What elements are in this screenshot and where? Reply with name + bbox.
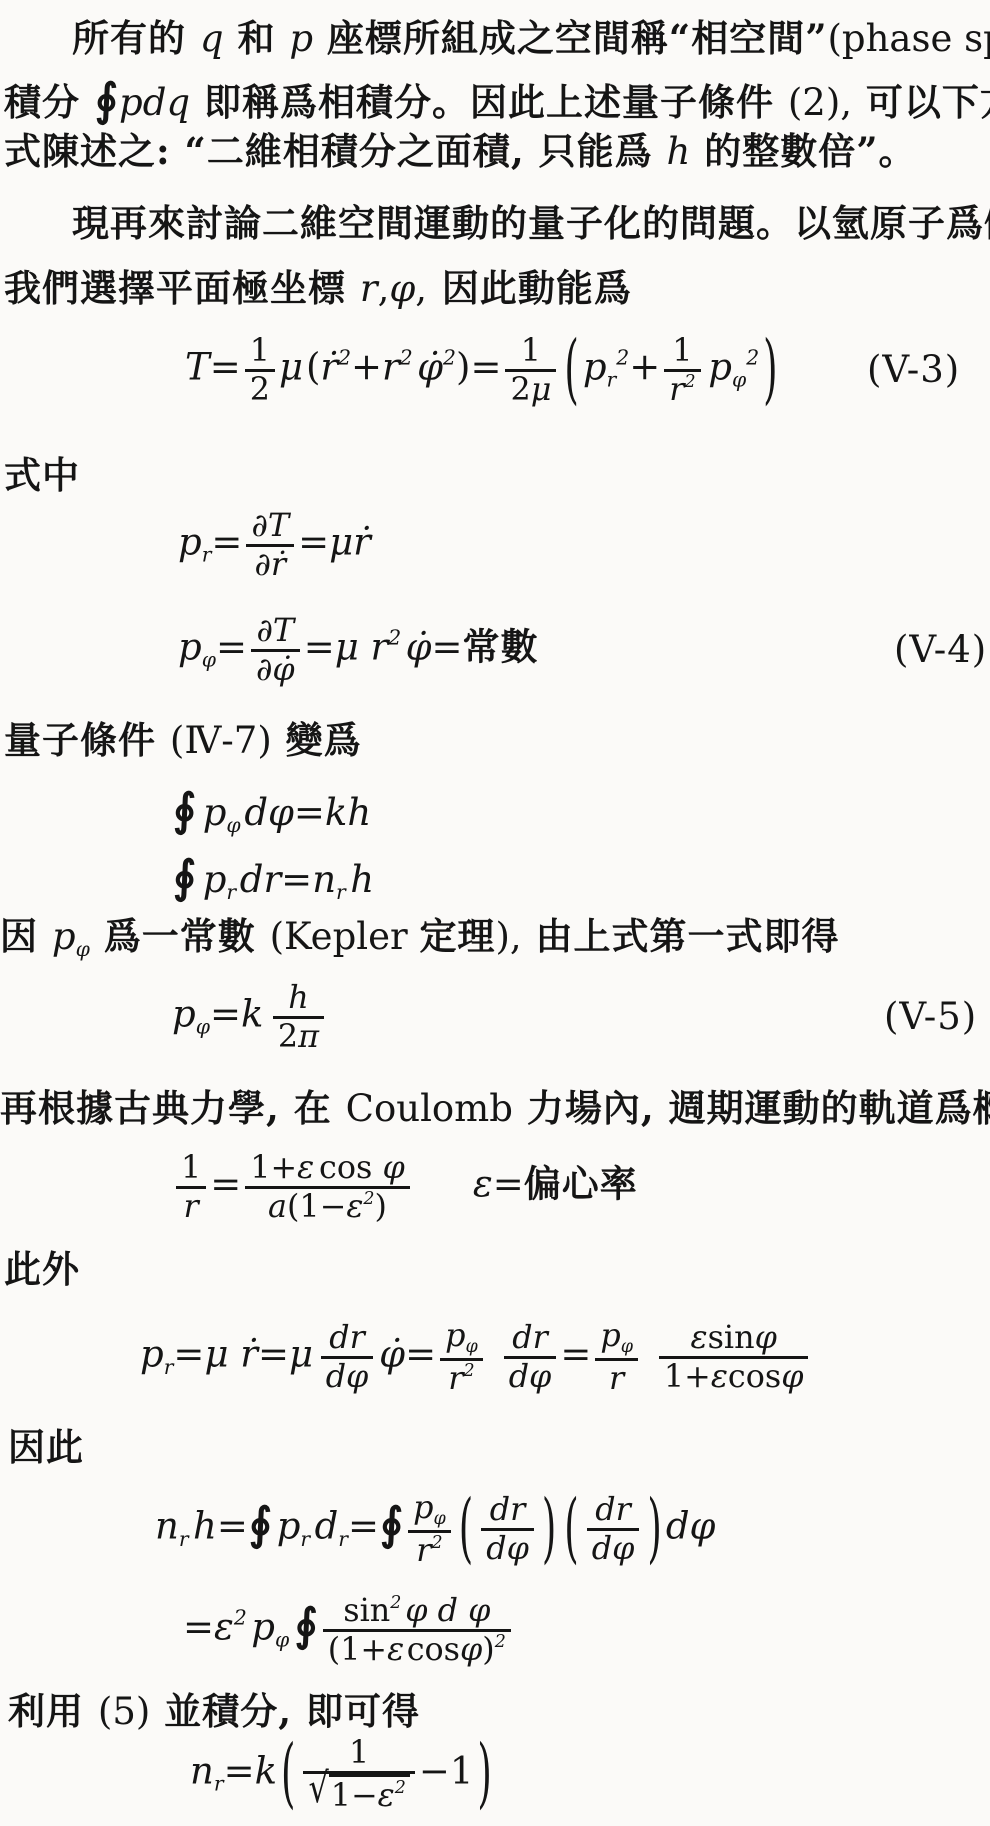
- math-italic-run: ε: [711, 1357, 728, 1395]
- subscript: r: [336, 880, 346, 904]
- cjk-text-run: 偏心率: [524, 1162, 638, 1206]
- math-roman-run: =: [432, 626, 463, 669]
- math-italic-run: n: [312, 858, 336, 901]
- math-roman-run: ): [375, 1187, 387, 1225]
- math-italic-run: ∂ṙ: [254, 545, 286, 583]
- math-roman-run: =: [493, 1163, 524, 1206]
- num: 1: [664, 333, 700, 369]
- frac: drdφ: [321, 1320, 374, 1394]
- big-paren: (: [564, 323, 578, 418]
- cjk-text-run: 座標所組成之空間稱“相空間”: [313, 16, 827, 60]
- cjk-text-run: 所有的: [72, 16, 200, 60]
- math-italic-run: dφ: [244, 791, 294, 834]
- cjk-text-run: 積分: [4, 80, 94, 124]
- para1-line3: 式陳述之: “二維相積分之面積, 只能爲 h 的整數倍”。: [0, 128, 990, 175]
- math-italic-run: ṙ: [320, 346, 338, 389]
- math-roman-run: =: [183, 1606, 214, 1649]
- math-roman-run: (: [306, 346, 320, 389]
- math-italic-run: dr: [329, 1318, 365, 1356]
- frac: pφr2: [408, 1490, 451, 1568]
- math-italic-run: k: [255, 1750, 277, 1793]
- math-italic-run: ∂T: [256, 611, 294, 649]
- text-yinci-content: 因此: [8, 1424, 84, 1471]
- num: 1: [505, 333, 556, 369]
- text-kepler-content: 因 pφ 爲一常數 (Kepler 定理), 由上式第一式即得: [0, 913, 840, 963]
- frac: pφr: [595, 1318, 638, 1396]
- frac: 1√1−ε2: [303, 1735, 414, 1813]
- superscript: 2: [463, 1361, 474, 1381]
- num: ∂T: [251, 613, 300, 649]
- num: sin2φ d φ: [323, 1593, 511, 1629]
- math-roman-run: (1−: [287, 1187, 346, 1225]
- num: dr: [321, 1320, 374, 1356]
- math-italic-run: φ: [382, 1148, 404, 1186]
- cjk-text-run: 利用: [8, 1689, 98, 1733]
- math-italic-run: dφ: [486, 1529, 529, 1567]
- den: 2: [245, 369, 275, 408]
- math-roman-run: 1: [181, 1148, 201, 1186]
- math-roman-run: 1: [521, 331, 541, 369]
- math-roman-run: ): [482, 1630, 494, 1668]
- den: dφ: [321, 1356, 374, 1395]
- num: dr: [587, 1492, 640, 1528]
- subscript: r: [226, 880, 236, 904]
- num: 1: [245, 333, 275, 369]
- cjk-text-run: 再根據古典力學, 在: [0, 1086, 346, 1130]
- math-italic-run: φ̇: [406, 626, 432, 669]
- math-italic-run: φ: [460, 1630, 482, 1668]
- equation-phi-integral: ∮pφdφ=kh: [0, 783, 990, 839]
- cjk-text-run: 即稱爲相積分。因此上述量子條件: [190, 80, 788, 124]
- den: r2: [664, 369, 700, 408]
- math-italic-run: p: [583, 346, 607, 389]
- math-roman-run: =: [224, 1750, 255, 1793]
- math-roman-run: =: [560, 1333, 591, 1376]
- math-roman-run: =: [217, 1505, 248, 1548]
- subscript: r: [300, 1527, 310, 1551]
- contour-integral-symbol: ∮: [248, 1498, 273, 1550]
- frac: 12: [245, 333, 275, 407]
- big-paren: ): [477, 1727, 491, 1822]
- frac: sin2φ d φ(1+εcosφ)2: [323, 1593, 511, 1667]
- math-italic-run: dφ: [592, 1529, 635, 1567]
- cjk-text-run: 和: [224, 16, 290, 60]
- subscript: φ: [434, 1509, 446, 1529]
- math-italic-run: ε: [387, 1630, 404, 1668]
- para1-line3-content: 式陳述之: “二維相積分之面積, 只能爲 h 的整數倍”。: [4, 128, 916, 175]
- superscript: 2: [684, 372, 695, 392]
- equation-number-tag: (V-4): [894, 627, 987, 673]
- frac: ∂T∂ṙ: [246, 508, 294, 582]
- math-italic-run: ∂φ̇: [256, 650, 295, 688]
- superscript: 2: [390, 1593, 401, 1613]
- math-roman-run: (2),: [788, 81, 852, 124]
- math-roman-run: 1: [349, 1733, 369, 1771]
- text-kepler: 因 pφ 爲一常數 (Kepler 定理), 由上式第一式即得: [0, 913, 990, 963]
- subscript: φ: [226, 813, 240, 837]
- num: ∂T: [246, 508, 294, 544]
- math-roman-run: Coulomb: [346, 1087, 513, 1130]
- equation-nrh-continued: =ε2pφ∮sin2φ d φ(1+εcosφ)2: [0, 1593, 990, 1667]
- equation-phi-integral-content: ∮pφdφ=kh: [172, 783, 371, 839]
- math-italic-run: p: [178, 521, 202, 564]
- math-italic-run: p: [52, 915, 76, 958]
- math-roman-run: cos: [319, 1148, 382, 1186]
- den: a(1−ε2): [245, 1186, 409, 1225]
- math-italic-run: ε: [214, 1606, 234, 1649]
- den: dφ: [481, 1528, 534, 1567]
- para2-line2: 我們選擇平面極坐標 r,φ,因此動能爲: [0, 265, 990, 312]
- math-roman-run: =: [210, 346, 241, 389]
- math-roman-run: 1: [250, 331, 270, 369]
- den: r: [176, 1186, 206, 1225]
- den: r2: [408, 1530, 451, 1569]
- num: 1+εcos φ: [245, 1150, 409, 1186]
- math-italic-run: φ: [781, 1357, 803, 1395]
- subscript: r: [202, 543, 212, 567]
- math-italic-run: h: [288, 978, 309, 1016]
- big-paren: ): [542, 1482, 556, 1577]
- text-classical-mechanics-content: 再根據古典力學, 在 Coulomb 力場內, 週期運動的軌道爲橢圓: [0, 1085, 990, 1132]
- math-italic-run: p: [708, 346, 732, 389]
- equation-nrh-continued-content: =ε2pφ∮sin2φ d φ(1+εcosφ)2: [183, 1593, 515, 1667]
- text-quantum-condition-content: 量子條件 (Ⅳ-7) 變爲: [4, 717, 362, 764]
- text-ciwai: 此外: [0, 1246, 990, 1293]
- text-ciwai-content: 此外: [4, 1246, 80, 1293]
- math-italic-run: μ ṙ: [204, 1333, 258, 1376]
- frac: drdφ: [504, 1320, 557, 1394]
- math-roman-run: (Kepler: [270, 915, 420, 958]
- cjk-text-run: 常數: [463, 625, 539, 669]
- math-italic-run: φ̇: [379, 1333, 405, 1376]
- subscript: φ: [202, 648, 216, 672]
- cjk-text-run: 因此: [8, 1425, 84, 1469]
- para1-line2-content: 積分 ∮pdq 即稱爲相積分。因此上述量子條件 (2), 可以下方: [4, 73, 990, 129]
- math-italic-run: k: [241, 993, 263, 1036]
- den: dφ: [587, 1528, 640, 1567]
- math-italic-run: μ: [289, 1333, 313, 1376]
- subscript: r: [179, 1527, 189, 1551]
- math-italic-run: dφ: [666, 1505, 716, 1548]
- den: dφ: [504, 1356, 557, 1395]
- cjk-text-run: 我們選擇平面極坐標: [4, 266, 360, 310]
- den: 1+εcosφ: [659, 1356, 809, 1395]
- cjk-text-run: 可以下方: [852, 80, 990, 124]
- math-roman-run: +: [351, 346, 382, 389]
- math-italic-run: r: [382, 346, 400, 389]
- math-italic-run: ∂T: [251, 506, 289, 544]
- subscript: φ: [465, 1337, 477, 1357]
- para2-line1: 現再來討論二維空間運動的量子化的問題。以氫原子爲例,: [0, 200, 990, 247]
- math-italic-run: q: [200, 17, 224, 60]
- cjk-text-run: 式陳述之: “二維相積分之面積, 只能爲: [4, 129, 666, 173]
- math-roman-run: =: [405, 1333, 436, 1376]
- math-italic-run: h: [666, 130, 690, 173]
- math-italic-run: μ: [279, 346, 303, 389]
- cjk-text-run: 定理: [419, 914, 495, 958]
- cjk-text-run: 因此動能爲: [442, 266, 632, 310]
- text-yinci: 因此: [0, 1424, 990, 1471]
- equation-r-integral-content: ∮prdr=nrh: [172, 850, 374, 906]
- den: ∂φ̇: [251, 649, 300, 688]
- contour-integral-symbol: ∮: [94, 74, 119, 126]
- math-italic-run: T: [185, 346, 210, 389]
- contour-integral-symbol: ∮: [294, 1599, 319, 1651]
- den: r: [595, 1358, 638, 1397]
- equation-nr-result-content: nr=k(1√1−ε2−1): [190, 1735, 496, 1813]
- math-italic-run: p: [600, 1316, 620, 1354]
- math-italic-run: r: [416, 1531, 431, 1569]
- math-italic-run: r: [669, 370, 684, 408]
- math-roman-run: 1−: [331, 1776, 378, 1814]
- subscript: r: [338, 1527, 348, 1551]
- equation-v5: pφ=kh2π(V-5): [0, 980, 990, 1054]
- den: 2μ: [505, 369, 556, 408]
- equation-v4: pφ=∂T∂φ̇=μ r2φ̇=常數(V-4): [0, 613, 990, 687]
- math-italic-run: ε: [297, 1148, 314, 1186]
- math-italic-run: dφ: [509, 1357, 552, 1395]
- math-italic-run: p: [140, 1333, 164, 1376]
- num: pφ: [408, 1490, 451, 1530]
- cjk-text-run: 由上式第一式即得: [522, 914, 840, 958]
- equation-pr-chain: pr=μ ṙ=μdrdφφ̇=pφr2drdφ=pφrεsinφ1+εcosφ: [0, 1318, 990, 1396]
- math-italic-run: φ: [755, 1318, 777, 1356]
- den: 2π: [273, 1016, 324, 1055]
- math-italic-run: p: [445, 1316, 465, 1354]
- math-roman-run: (1+: [328, 1630, 387, 1668]
- equation-nrh: nrh=∮prdr=∮pφr2(drdφ)(drdφ)dφ: [0, 1490, 990, 1568]
- contour-integral-symbol: ∮: [172, 851, 197, 903]
- frac: 1r2: [664, 333, 700, 407]
- math-roman-run: +: [629, 346, 660, 389]
- subscript: r: [607, 368, 617, 392]
- num: εsinφ: [659, 1320, 809, 1356]
- superscript: 2: [234, 1605, 247, 1629]
- frac: 1+εcos φa(1−ε2): [245, 1150, 409, 1224]
- equation-nrh-content: nrh=∮prdr=∮pφr2(drdφ)(drdφ)dφ: [155, 1490, 715, 1568]
- superscript: 2: [432, 1533, 443, 1553]
- math-roman-run: ,: [415, 267, 427, 310]
- num: dr: [504, 1320, 557, 1356]
- math-italic-run: dr: [490, 1490, 526, 1528]
- math-italic-run: pdq: [119, 81, 190, 124]
- superscript: 2: [746, 345, 759, 369]
- equation-pr-def-content: pr=∂T∂ṙ=μṙ: [178, 508, 371, 582]
- den: ∂ṙ: [246, 544, 294, 583]
- math-italic-run: ε: [378, 1776, 395, 1814]
- cjk-text-run: 力場內, 週期運動的軌道爲橢圓: [513, 1086, 990, 1130]
- math-italic-run: p: [277, 1505, 301, 1548]
- text-liyong: 利用 (5) 並積分, 即可得: [0, 1688, 990, 1735]
- math-italic-run: kh: [325, 791, 371, 834]
- math-italic-run: r: [609, 1359, 624, 1397]
- frac: drdφ: [587, 1492, 640, 1566]
- equation-r-integral: ∮prdr=nrh: [0, 850, 990, 906]
- superscript: 2: [388, 625, 401, 649]
- para2-line2-content: 我們選擇平面極坐標 r,φ,因此動能爲: [4, 265, 632, 312]
- math-roman-run: sin: [708, 1318, 755, 1356]
- big-paren: (: [281, 1727, 295, 1822]
- para1-line2: 積分 ∮pdq 即稱爲相積分。因此上述量子條件 (2), 可以下方: [0, 73, 990, 129]
- math-italic-run: π: [298, 1017, 319, 1055]
- math-italic-run: p: [289, 17, 313, 60]
- subscript: r: [164, 1355, 174, 1379]
- math-italic-run: p: [172, 993, 196, 1036]
- math-italic-run: p: [203, 858, 227, 901]
- subscript: φ: [621, 1337, 633, 1357]
- contour-integral-symbol: ∮: [172, 784, 197, 836]
- den: r2: [440, 1358, 483, 1397]
- para1-line1-content: 所有的 q 和 p 座標所組成之空間稱“相空間”(phase space)。: [72, 15, 990, 62]
- scanned-textbook-page: 所有的 q 和 p 座標所組成之空間稱“相空間”(phase space)。積分…: [0, 0, 990, 1826]
- frac: pφr2: [440, 1318, 483, 1396]
- superscript: 2: [443, 345, 456, 369]
- text-quantum-condition: 量子條件 (Ⅳ-7) 變爲: [0, 717, 990, 764]
- math-roman-run: (Ⅳ-7): [170, 719, 272, 762]
- frac: h2π: [273, 980, 324, 1054]
- para1-line1: 所有的 q 和 p 座標所組成之空間稱“相空間”(phase space)。: [0, 15, 990, 62]
- big-paren: (: [459, 1482, 473, 1577]
- math-roman-run: =: [304, 626, 335, 669]
- equation-v3-content: T=12μ(ṙ2+r2φ̇2)=12μ(pr2+1r2pφ2): [185, 333, 782, 407]
- math-roman-run: 1+: [250, 1148, 297, 1186]
- math-italic-run: μṙ: [329, 521, 371, 564]
- subscript: φ: [275, 1628, 289, 1652]
- math-roman-run: −1: [419, 1750, 474, 1793]
- math-roman-run: =: [210, 993, 241, 1036]
- math-roman-run: =: [470, 346, 501, 389]
- math-italic-run: dr: [512, 1318, 548, 1356]
- math-roman-run: (phase space): [827, 17, 990, 60]
- equation-number-tag: (V-5): [884, 994, 977, 1040]
- equation-v5-content: pφ=kh2π: [172, 980, 328, 1054]
- math-italic-run: dr: [240, 858, 281, 901]
- cjk-text-run: 現再來討論二維空間運動的量子化的問題。以氫原子爲例,: [72, 201, 990, 245]
- square-root: √1−ε2: [308, 1774, 409, 1814]
- subscript: r: [214, 1772, 224, 1796]
- superscript: 2: [363, 1189, 374, 1209]
- contour-integral-symbol: ∮: [379, 1498, 404, 1550]
- math-italic-run: r: [184, 1187, 199, 1225]
- superscript: 2: [395, 1778, 406, 1798]
- cjk-text-run: 量子條件: [4, 718, 170, 762]
- math-roman-run: 2: [278, 1017, 298, 1055]
- math-italic-run: μ r: [335, 626, 389, 669]
- math-roman-run: cos: [407, 1630, 460, 1668]
- cjk-text-run: 變爲: [272, 718, 362, 762]
- math-roman-run: ): [456, 346, 470, 389]
- math-roman-run: sin: [343, 1591, 390, 1629]
- big-paren: ): [647, 1482, 661, 1577]
- superscript: 2: [495, 1632, 506, 1652]
- math-italic-run: μ: [531, 370, 552, 408]
- subscript: φ: [196, 1015, 210, 1039]
- math-roman-run: =: [348, 1505, 379, 1548]
- math-italic-run: p: [413, 1488, 433, 1526]
- equation-pr-chain-content: pr=μ ṙ=μdrdφφ̇=pφr2drdφ=pφrεsinφ1+εcosφ: [140, 1318, 812, 1396]
- cjk-text-run: 因: [0, 914, 52, 958]
- frac: 12μ: [505, 333, 556, 407]
- equation-number-tag: (V-3): [867, 347, 960, 393]
- math-italic-run: ε: [473, 1163, 493, 1206]
- math-roman-run: cos: [728, 1357, 781, 1395]
- para2-line1-content: 現再來討論二維空間運動的量子化的問題。以氫原子爲例,: [72, 200, 990, 247]
- math-italic-run: a: [268, 1187, 287, 1225]
- math-roman-run: =: [298, 521, 329, 564]
- big-paren: (: [564, 1482, 578, 1577]
- math-italic-run: h: [350, 858, 374, 901]
- cjk-text-run: 爲一常數: [90, 914, 270, 958]
- cjk-text-run: 的整數倍”。: [690, 129, 916, 173]
- math-roman-run: 1: [672, 331, 692, 369]
- math-roman-run: (5): [98, 1690, 150, 1733]
- math-italic-run: φ: [389, 267, 415, 310]
- math-roman-run: =: [210, 1163, 241, 1206]
- frac: 1r: [176, 1150, 206, 1224]
- cjk-text-run: 此外: [4, 1247, 80, 1291]
- text-classical-mechanics: 再根據古典力學, 在 Coulomb 力場內, 週期運動的軌道爲橢圓: [0, 1085, 990, 1132]
- num: 1: [176, 1150, 206, 1186]
- den: (1+εcosφ)2: [323, 1629, 511, 1668]
- frac: εsinφ1+εcosφ: [659, 1320, 809, 1394]
- text-shizhong: 式中: [0, 452, 990, 499]
- math-italic-run: r: [360, 267, 378, 310]
- num: pφ: [440, 1318, 483, 1358]
- math-roman-run: =: [281, 858, 312, 901]
- text-liyong-content: 利用 (5) 並積分, 即可得: [8, 1688, 420, 1735]
- math-italic-run: n: [155, 1505, 179, 1548]
- frac: drdφ: [481, 1492, 534, 1566]
- equation-orbit: 1r=1+εcos φa(1−ε2)ε=偏心率: [0, 1150, 990, 1224]
- math-roman-run: ),: [495, 915, 521, 958]
- equation-orbit-content: 1r=1+εcos φa(1−ε2)ε=偏心率: [172, 1150, 638, 1224]
- frac: ∂T∂φ̇: [251, 613, 300, 687]
- math-roman-run: =: [294, 791, 325, 834]
- equation-v4-content: pφ=∂T∂φ̇=μ r2φ̇=常數: [178, 613, 539, 687]
- math-italic-run: dr: [595, 1490, 631, 1528]
- math-italic-run: d: [315, 1505, 339, 1548]
- cjk-text-run: 式中: [4, 453, 80, 497]
- big-paren: ): [763, 323, 777, 418]
- math-roman-run: =: [173, 1333, 204, 1376]
- math-roman-run: 2: [510, 370, 530, 408]
- math-italic-run: n: [190, 1750, 214, 1793]
- math-roman-run: =: [211, 521, 242, 564]
- math-italic-run: φ̇: [417, 346, 443, 389]
- subscript: φ: [76, 937, 90, 961]
- den: √1−ε2: [303, 1771, 414, 1814]
- math-roman-run: =: [216, 626, 247, 669]
- math-roman-run: 2: [250, 370, 270, 408]
- superscript: 2: [338, 345, 351, 369]
- text-shizhong-content: 式中: [4, 452, 80, 499]
- equation-pr-def: pr=∂T∂ṙ=μṙ: [0, 508, 990, 582]
- rad: 1−ε2: [329, 1774, 410, 1814]
- equation-nr-result: nr=k(1√1−ε2−1): [0, 1735, 990, 1813]
- superscript: 2: [400, 345, 413, 369]
- math-italic-run: r: [448, 1359, 463, 1397]
- superscript: 2: [616, 345, 629, 369]
- num: pφ: [595, 1318, 638, 1358]
- math-italic-run: ε: [346, 1187, 363, 1225]
- math-italic-run: p: [203, 791, 227, 834]
- math-roman-run: 1+: [664, 1357, 711, 1395]
- math-italic-run: p: [178, 626, 202, 669]
- math-italic-run: h: [193, 1505, 217, 1548]
- num: h: [273, 980, 324, 1016]
- equation-v3: T=12μ(ṙ2+r2φ̇2)=12μ(pr2+1r2pφ2)(V-3): [0, 333, 990, 407]
- math-italic-run: dφ: [326, 1357, 369, 1395]
